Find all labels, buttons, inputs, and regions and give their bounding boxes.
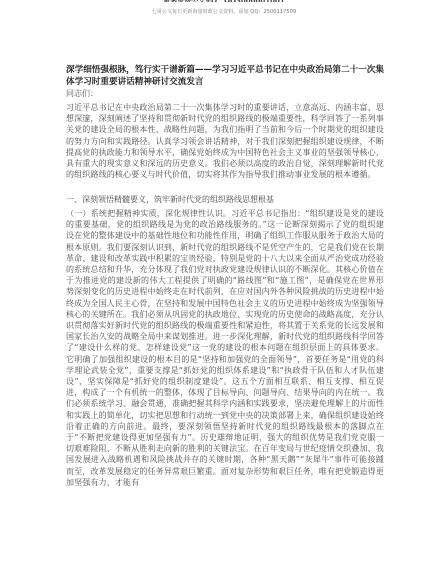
header-promo-line: 更多免费公文+Q：QQ3000001001 (0, 0, 448, 2)
section-heading: 一、深刻领悟精髓要义，筑牢新时代党的组织路线思想根基 (66, 194, 274, 205)
salutation: 同志们： (66, 88, 98, 99)
intro-paragraph: 习近平总书记在中央政治局第二十一次集体学习时的重要讲话，立意高远、内涵丰富、思想… (66, 102, 384, 180)
document-title: 深学细悟强根脉，笃行实干谱新篇——学习习近平总书记在中央政治局第二十一次集体学习… (66, 64, 386, 88)
header-source-note: 七哥公文每日更新海量时政公文资料。添加 QQ：2500117509 (0, 8, 448, 15)
section-paragraph: （一）系统把握精神实质，深化规律性认识。习近平总书记指出：“组织建设是党的建设的… (66, 208, 384, 488)
